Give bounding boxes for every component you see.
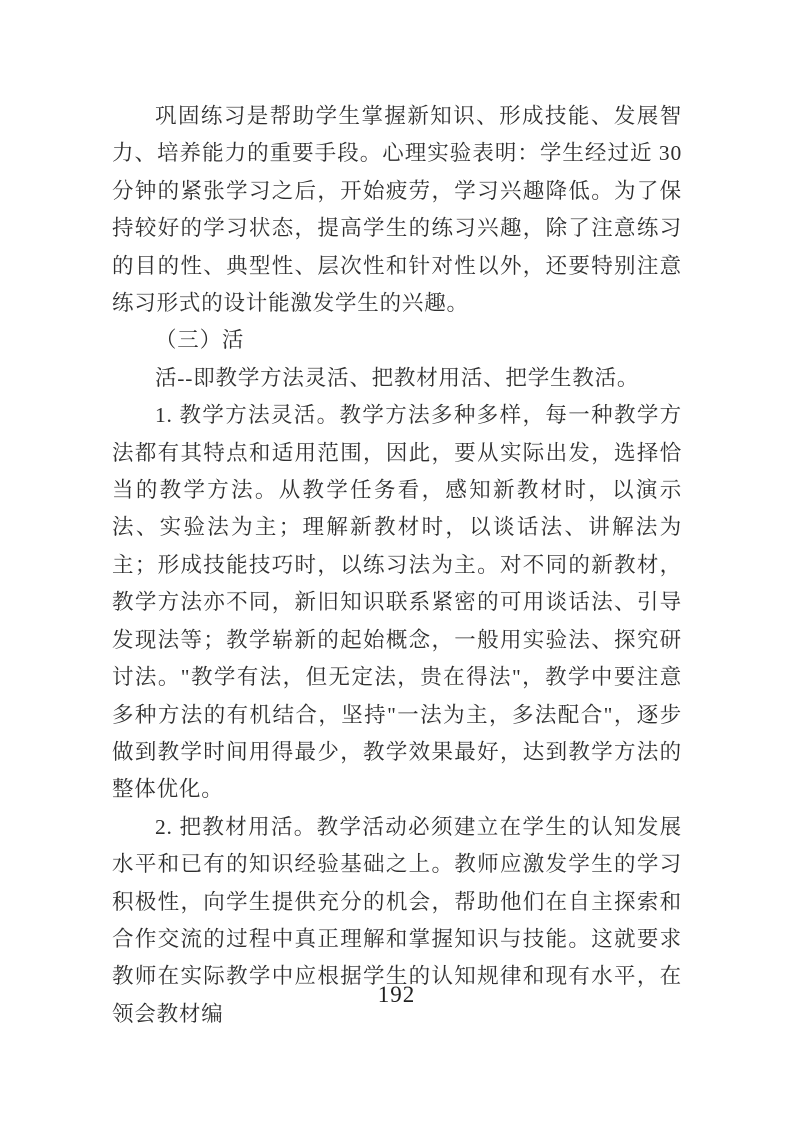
page-footer: 192: [0, 982, 793, 1008]
paragraph-huo-definition: 活--即教学方法灵活、把教材用活、把学生教活。: [112, 360, 682, 397]
document-page: 巩固练习是帮助学生掌握新知识、形成技能、发展智力、培养能力的重要手段。心理实验表…: [0, 0, 793, 1122]
paragraph-consolidation-practice: 巩固练习是帮助学生掌握新知识、形成技能、发展智力、培养能力的重要手段。心理实验表…: [112, 98, 682, 322]
paragraph-1-flexible-teaching-methods: 1. 教学方法灵活。教学方法多种多样，每一种教学方法都有其特点和适用范围，因此，…: [112, 397, 682, 808]
page-number: 192: [378, 982, 416, 1007]
section-heading-three-huo: （三）活: [112, 322, 682, 359]
page-body: 巩固练习是帮助学生掌握新知识、形成技能、发展智力、培养能力的重要手段。心理实验表…: [112, 98, 682, 1033]
